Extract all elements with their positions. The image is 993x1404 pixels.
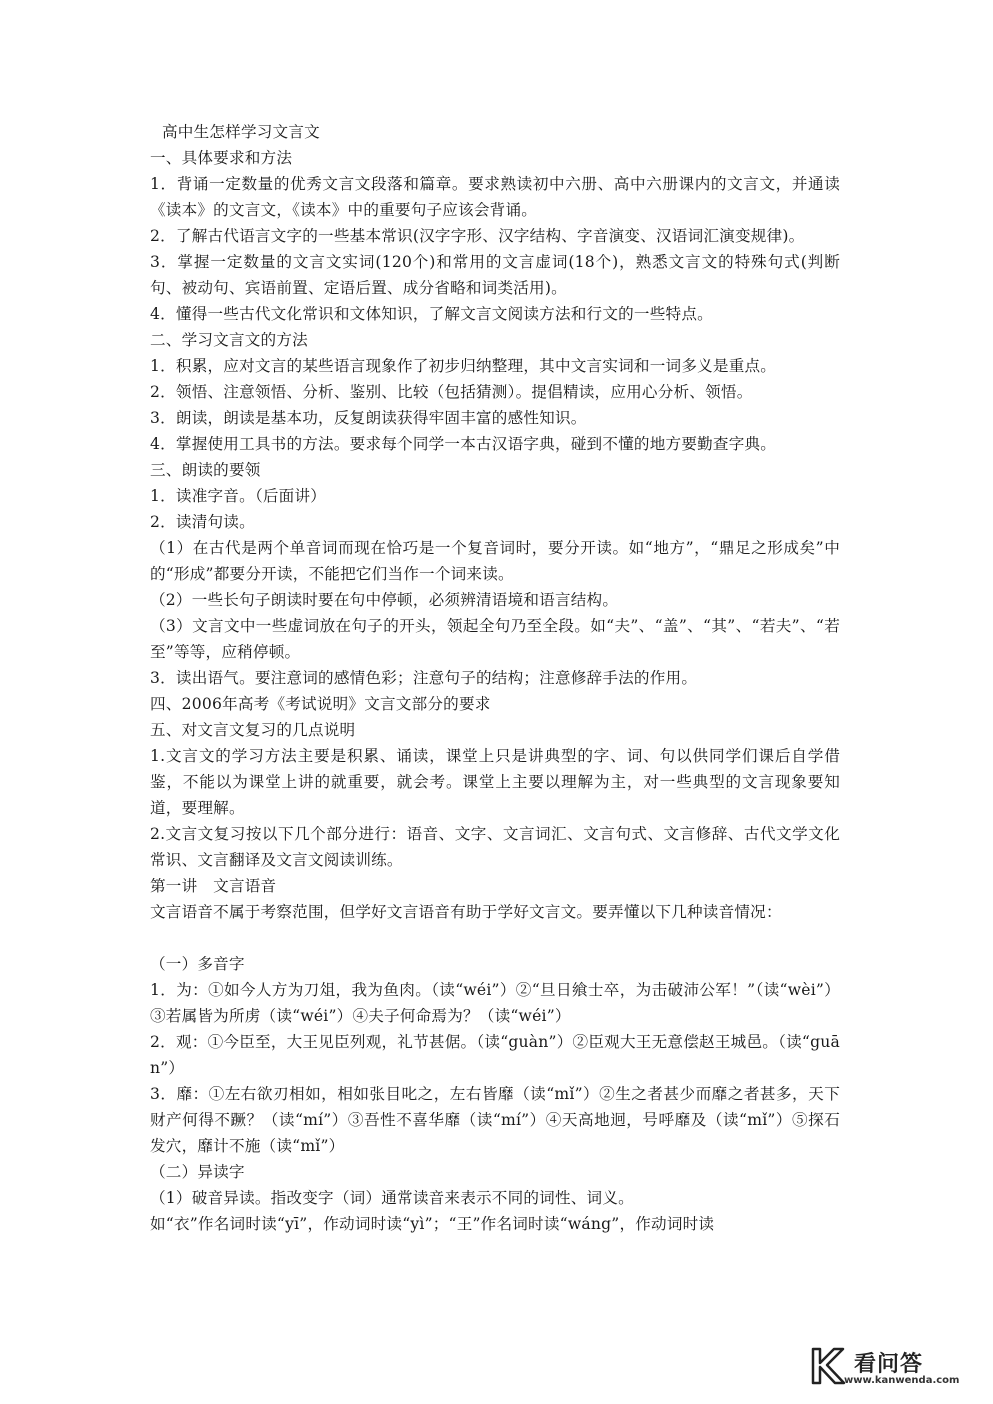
- paragraph: 2.文言文复习按以下几个部分进行：语音、文字、文言词汇、文言句式、文言修辞、古代…: [150, 821, 840, 873]
- document-title: 高中生怎样学习文言文: [150, 119, 840, 145]
- paragraph: 3．靡：①左右欲刃相如，相如张目叱之，左右皆靡（读“mǐ”）②生之者甚少而靡之者…: [150, 1081, 840, 1159]
- paragraph: （2）一些长句子朗读时要在句中停顿，必须辨清语境和语言结构。: [150, 587, 840, 613]
- watermark-url: www.kanwenda.com: [844, 1375, 959, 1386]
- paragraph: 2．领悟、注意领悟、分析、鉴别、比较（包括猜测）。提倡精读，应用心分析、领悟。: [150, 379, 840, 405]
- paragraph: 4．掌握使用工具书的方法。要求每个同学一本古汉语字典，碰到不懂的地方要勤查字典。: [150, 431, 840, 457]
- paragraph: 2．了解古代语言文字的一些基本常识(汉字字形、汉字结构、字音演变、汉语词汇演变规…: [150, 223, 840, 249]
- paragraph: 3．朗读，朗读是基本功，反复朗读获得牢固丰富的感性知识。: [150, 405, 840, 431]
- lecture-heading: 第一讲 文言语音: [150, 873, 840, 899]
- k-logo-icon: [810, 1345, 846, 1387]
- watermark-brand: 看问答: [854, 1347, 923, 1378]
- paragraph: 2．读清句读。: [150, 509, 840, 535]
- paragraph: （3）文言文中一些虚词放在句子的开头，领起全句乃至全段。如“夫”、“盖”、“其”…: [150, 613, 840, 665]
- paragraph: 文言语音不属于考察范围，但学好文言语音有助于学好文言文。要弄懂以下几种读音情况：: [150, 899, 840, 925]
- blank-line: [150, 925, 840, 951]
- paragraph: 2．观：①今臣至，大王见臣列观，礼节甚倨。（读“guàn”）②臣观大王无意偿赵王…: [150, 1029, 840, 1081]
- paragraph: （1）破音异读。指改变字（词）通常读音来表示不同的词性、词义。: [150, 1185, 840, 1211]
- section-heading-5: 五、对文言文复习的几点说明: [150, 717, 840, 743]
- section-heading-3: 三、朗读的要领: [150, 457, 840, 483]
- document-page: 高中生怎样学习文言文 一、具体要求和方法 1．背诵一定数量的优秀文言文段落和篇章…: [150, 119, 840, 1237]
- section-heading-2: 二、学习文言文的方法: [150, 327, 840, 353]
- paragraph: 3．掌握一定数量的文言文实词(120个)和常用的文言虚词(18个)，熟悉文言文的…: [150, 249, 840, 301]
- subsection-heading-variant-reading: （二）异读字: [150, 1159, 840, 1185]
- paragraph: 1．读准字音。（后面讲）: [150, 483, 840, 509]
- paragraph: 3．读出语气。要注意词的感情色彩；注意句子的结构；注意修辞手法的作用。: [150, 665, 840, 691]
- section-heading-4: 四、2006年高考《考试说明》文言文部分的要求: [150, 691, 840, 717]
- paragraph: （1）在古代是两个单音词而现在恰巧是一个复音词时，要分开读。如“地方”，“鼎足之…: [150, 535, 840, 587]
- paragraph: 如“衣”作名词时读“yī”，作动词时读“yì”；“王”作名词时读“wáng”，作…: [150, 1211, 840, 1237]
- paragraph: 4．懂得一些古代文化常识和文体知识，了解文言文阅读方法和行文的一些特点。: [150, 301, 840, 327]
- paragraph: 1．为：①如今人方为刀俎，我为鱼肉。（读“wéi”）②“旦日飨士卒，为击破沛公军…: [150, 977, 840, 1029]
- paragraph: 1．积累，应对文言的某些语言现象作了初步归纳整理，其中文言实词和一词多义是重点。: [150, 353, 840, 379]
- watermark-logo: 看问答 www.kanwenda.com: [810, 1345, 980, 1395]
- section-heading-1: 一、具体要求和方法: [150, 145, 840, 171]
- paragraph: 1.文言文的学习方法主要是积累、诵读，课堂上只是讲典型的字、词、句以供同学们课后…: [150, 743, 840, 821]
- subsection-heading-polyphone: （一）多音字: [150, 951, 840, 977]
- paragraph: 1．背诵一定数量的优秀文言文段落和篇章。要求熟读初中六册、高中六册课内的文言文，…: [150, 171, 840, 223]
